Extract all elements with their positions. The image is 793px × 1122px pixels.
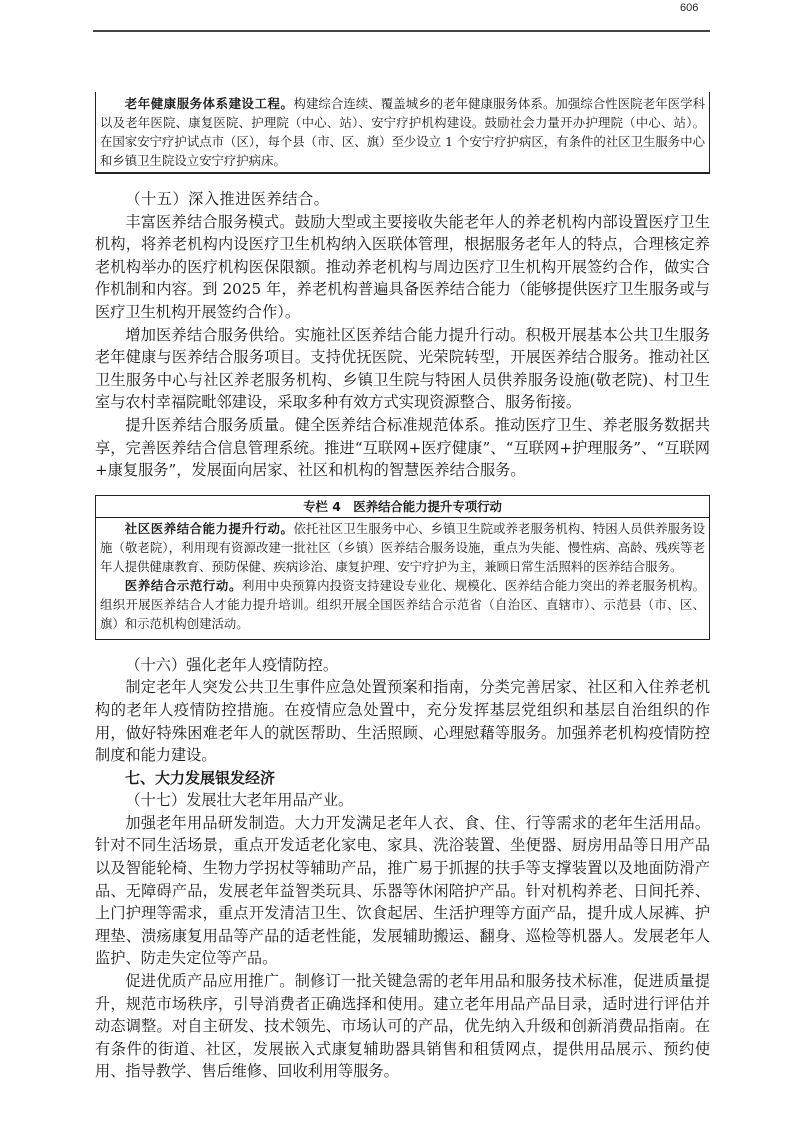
box-paragraph-lead: 老年健康服务体系建设工程。 [125,96,294,111]
paragraph: 促进优质产品应用推广。制修订一批关键急需的老年用品和服务技术标准，促进质量提升，… [95,970,710,1083]
box-paragraph: 老年健康服务体系建设工程。构建综合连续、覆盖城乡的老年健康服务体系。加强综合性医… [100,94,705,170]
paragraph-lead: 促进优质产品应用推广。 [125,972,294,990]
feature-item-lead: 社区医养结合能力提升行动。 [125,521,294,536]
paragraph-lead: 加强老年用品研发制造。 [125,814,294,832]
paragraph: 提升医养结合服务质量。健全医养结合标准规范体系。推动医疗卫生、养老服务数据共享，… [95,414,710,482]
section-heading: （十七）发展壮大老年用品产业。 [95,789,710,812]
document-body: 老年健康服务体系建设工程。构建综合连续、覆盖城乡的老年健康服务体系。加强综合性医… [95,92,710,1083]
feature-box-title: 专栏 4 医养结合能力提升专项行动 [96,496,709,518]
section-15: （十五）深入推进医养结合。 丰富医养结合服务模式。鼓励大型或主要接收失能老年人的… [95,188,710,482]
paragraph-lead: 增加医养结合服务供给。 [125,326,294,344]
chapter-heading: 七、大力发展银发经济 [95,767,710,790]
paragraph: 丰富医养结合服务模式。鼓励大型或主要接收失能老年人的养老机构内部设置医疗卫生机构… [95,211,710,324]
paragraph-lead: 提升医养结合服务质量。 [125,416,294,434]
paragraph: 增加医养结合服务供给。实施社区医养结合能力提升行动。积极开展基本公共卫生服务老年… [95,324,710,414]
continued-sidebar-box: 老年健康服务体系建设工程。构建综合连续、覆盖城乡的老年健康服务体系。加强综合性医… [95,92,710,174]
paragraph: 制定老年人突发公共卫生事件应急处置预案和指南，分类完善居家、社区和入住养老机构的… [95,676,710,766]
feature-item: 医养结合示范行动。利用中央预算内投资支持建设专业化、规模化、医养结合能力突出的养… [100,576,705,633]
page-number: 606 [680,2,698,14]
paragraph-lead: 丰富医养结合服务模式。 [125,213,294,231]
section-heading: （十六）强化老年人疫情防控。 [95,654,710,677]
paragraph: 加强老年用品研发制造。大力开发满足老年人衣、食、住、行等需求的老年生活用品。针对… [95,812,710,970]
feature-item: 社区医养结合能力提升行动。依托社区卫生服务中心、乡镇卫生院或养老服务机构、特困人… [100,519,705,576]
header-rule [93,30,710,32]
section-16: （十六）强化老年人疫情防控。 制定老年人突发公共卫生事件应急处置预案和指南，分类… [95,654,710,1083]
section-heading: （十五）深入推进医养结合。 [95,188,710,211]
feature-item-lead: 医养结合示范行动。 [125,578,242,593]
paragraph-text: 大力开发满足老年人衣、食、住、行等需求的老年生活用品。针对不同生活场景，重点开发… [95,814,710,968]
feature-box-body: 社区医养结合能力提升行动。依托社区卫生服务中心、乡镇卫生院或养老服务机构、特困人… [96,518,709,639]
feature-box: 专栏 4 医养结合能力提升专项行动 社区医养结合能力提升行动。依托社区卫生服务中… [95,495,710,640]
